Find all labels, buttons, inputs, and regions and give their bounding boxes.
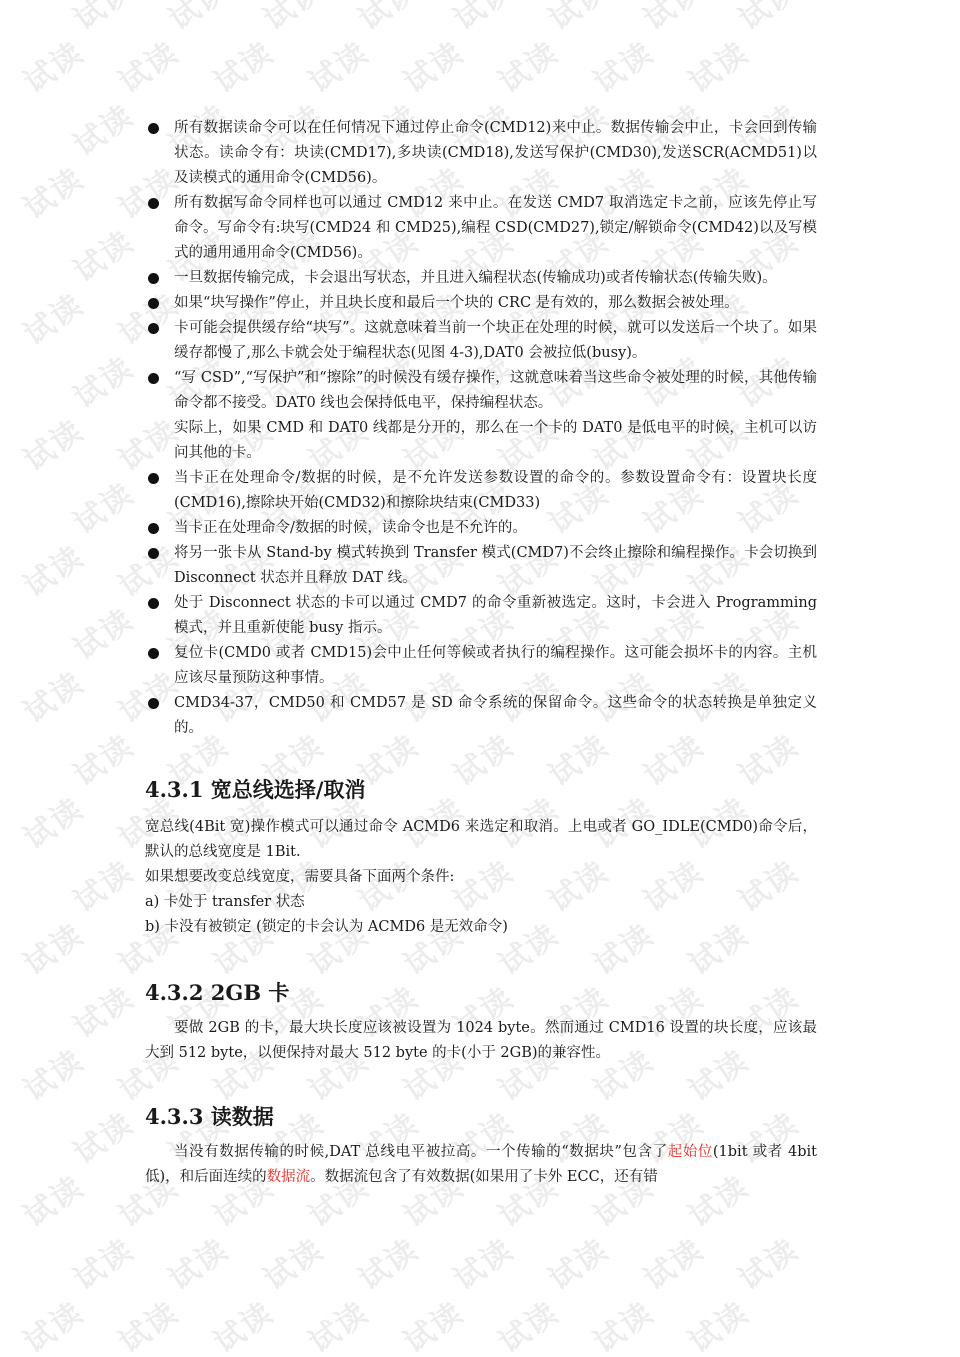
watermark-text: 试读 — [253, 1226, 331, 1299]
bullet-icon — [148, 698, 159, 709]
watermark-text: 试读 — [13, 407, 91, 480]
highlight-data-stream: 数据流 — [267, 1169, 311, 1185]
watermark-text: 试读 — [13, 911, 91, 984]
condition-a: a) 卡处于 transfer 状态 — [145, 890, 817, 915]
watermark-text: 试读 — [63, 92, 141, 165]
list-item: 一旦数据传输完成，卡会退出写状态，并且进入编程状态(传输成功)或者传输状态(传输… — [145, 266, 817, 291]
watermark-text: 试读 — [728, 0, 806, 38]
paragraph: 如果想要改变总线宽度，需要具备下面两个条件: — [145, 865, 817, 890]
bullet-icon — [148, 548, 159, 559]
list-item-text: 当卡正在处理命令/数据的时候，是不允许发送参数设置的命令的。参数设置命令有：设置… — [174, 470, 817, 511]
watermark-text: 试读 — [63, 596, 141, 669]
watermark-text: 试读 — [633, 0, 711, 38]
watermark-text: 试读 — [538, 1226, 616, 1299]
watermark-text: 试读 — [13, 785, 91, 858]
bullet-icon — [148, 323, 159, 334]
watermark-text: 试读 — [298, 1289, 376, 1357]
watermark-text: 试读 — [158, 0, 236, 38]
paragraph: 宽总线(4Bit 宽)操作模式可以通过命令 ACMD6 来选定和取消。上电或者 … — [145, 815, 817, 865]
section-heading-4-3-3: 4.3.3 读数据 — [145, 1102, 817, 1132]
watermark-text: 试读 — [443, 0, 521, 38]
bullet-icon — [148, 598, 159, 609]
watermark-text: 试读 — [63, 1226, 141, 1299]
watermark-text: 试读 — [63, 722, 141, 795]
section-heading-4-3-1: 4.3.1 宽总线选择/取消 — [145, 775, 817, 805]
watermark-text: 试读 — [63, 344, 141, 417]
bullet-icon — [148, 648, 159, 659]
watermark-text: 试读 — [108, 1289, 186, 1357]
list-item: CMD34-37，CMD50 和 CMD57 是 SD 命令系统的保留命令。这些… — [145, 691, 817, 741]
watermark-text: 试读 — [108, 29, 186, 102]
list-item: 所有数据读命令可以在任何情况下通过停止命令(CMD12)来中止。数据传输会中止，… — [145, 116, 817, 191]
list-item-text: 所有数据读命令可以在任何情况下通过停止命令(CMD12)来中止。数据传输会中止，… — [174, 120, 817, 186]
watermark-text: 试读 — [538, 0, 616, 38]
watermark-text: 试读 — [583, 29, 661, 102]
watermark-text: 试读 — [488, 29, 566, 102]
watermark-text: 试读 — [63, 848, 141, 921]
list-item-text: 当卡正在处理命令/数据的时候，读命令也是不允许的。 — [174, 520, 527, 536]
list-item: 如果“块写操作”停止，并且块长度和最后一个块的 CRC 是有效的，那么数据会被处… — [145, 291, 817, 316]
watermark-text: 试读 — [393, 29, 471, 102]
list-item-text: 一旦数据传输完成，卡会退出写状态，并且进入编程状态(传输成功)或者传输状态(传输… — [174, 270, 777, 286]
list-item-text: 卡可能会提供缓存给“块写”。这就意味着当前一个块正在处理的时候，就可以发送后一个… — [174, 320, 817, 361]
watermark-text: 试读 — [488, 1289, 566, 1357]
paragraph: 要做 2GB 的卡，最大块长度应该被设置为 1024 byte。然而通过 CMD… — [145, 1016, 817, 1066]
paragraph: 当没有数据传输的时候,DAT 总线电平被拉高。一个传输的“数据块”包含了起始位(… — [145, 1140, 817, 1190]
watermark-text: 试读 — [158, 1226, 236, 1299]
list-item: 复位卡(CMD0 或者 CMD15)会中止任何等候或者执行的编程操作。这可能会损… — [145, 641, 817, 691]
watermark-text: 试读 — [203, 1289, 281, 1357]
highlight-start-bit: 起始位 — [668, 1144, 713, 1160]
list-item: 处于 Disconnect 状态的卡可以通过 CMD7 的命令重新被选定。这时，… — [145, 591, 817, 641]
bullet-icon — [148, 198, 159, 209]
list-item-text: 复位卡(CMD0 或者 CMD15)会中止任何等候或者执行的编程操作。这可能会损… — [174, 645, 817, 686]
watermark-text: 试读 — [583, 1289, 661, 1357]
watermark-text: 试读 — [13, 29, 91, 102]
watermark-text: 试读 — [13, 659, 91, 732]
list-item-text: 处于 Disconnect 状态的卡可以通过 CMD7 的命令重新被选定。这时，… — [174, 595, 817, 636]
watermark-text: 试读 — [253, 0, 331, 38]
watermark-text: 试读 — [348, 0, 426, 38]
list-item: 当卡正在处理命令/数据的时候，是不允许发送参数设置的命令的。参数设置命令有：设置… — [145, 466, 817, 516]
bullet-icon — [148, 123, 159, 134]
watermark-text: 试读 — [63, 218, 141, 291]
bullet-icon — [148, 473, 159, 484]
document-page: 所有数据读命令可以在任何情况下通过停止命令(CMD12)来中止。数据传输会中止，… — [145, 116, 817, 1190]
watermark-text: 试读 — [348, 1226, 426, 1299]
watermark-text: 试读 — [728, 1226, 806, 1299]
bullet-icon — [148, 298, 159, 309]
watermark-text: 试读 — [203, 29, 281, 102]
watermark-text: 试读 — [13, 155, 91, 228]
list-item: 当卡正在处理命令/数据的时候，读命令也是不允许的。 — [145, 516, 817, 541]
watermark-text: 试读 — [443, 1226, 521, 1299]
bullet-icon — [148, 373, 159, 384]
list-item-text: 所有数据写命令同样也可以通过 CMD12 来中止。在发送 CMD7 取消选定卡之… — [174, 195, 817, 261]
section-heading-4-3-2: 4.3.2 2GB 卡 — [145, 978, 817, 1008]
watermark-text: 试读 — [678, 1289, 756, 1357]
bullet-list: 所有数据读命令可以在任何情况下通过停止命令(CMD12)来中止。数据传输会中止，… — [145, 116, 817, 416]
watermark-text: 试读 — [633, 1226, 711, 1299]
list-item-text: CMD34-37，CMD50 和 CMD57 是 SD 命令系统的保留命令。这些… — [174, 695, 817, 736]
watermark-text: 试读 — [298, 29, 376, 102]
watermark-text: 试读 — [63, 974, 141, 1047]
list-item: 将另一张卡从 Stand-by 模式转换到 Transfer 模式(CMD7)不… — [145, 541, 817, 591]
watermark-text: 试读 — [678, 29, 756, 102]
list-item-text: 如果“块写操作”停止，并且块长度和最后一个块的 CRC 是有效的，那么数据会被处… — [174, 295, 739, 311]
list-item: 卡可能会提供缓存给“块写”。这就意味着当前一个块正在处理的时候，就可以发送后一个… — [145, 316, 817, 366]
list-item-text: 将另一张卡从 Stand-by 模式转换到 Transfer 模式(CMD7)不… — [174, 545, 817, 586]
watermark-text: 试读 — [13, 1289, 91, 1357]
watermark-text: 试读 — [393, 1289, 471, 1357]
condition-b: b) 卡没有被锁定 (锁定的卡会认为 ACMD6 是无效命令) — [145, 915, 817, 940]
watermark-text: 试读 — [13, 1037, 91, 1110]
list-item: 所有数据写命令同样也可以通过 CMD12 来中止。在发送 CMD7 取消选定卡之… — [145, 191, 817, 266]
bullet-icon — [148, 523, 159, 534]
watermark-text: 试读 — [63, 0, 141, 38]
watermark-text: 试读 — [13, 533, 91, 606]
list-item: “写 CSD”,“写保护”和“擦除”的时候没有缓存操作，这就意味着当这些命令被处… — [145, 366, 817, 416]
text-span: 当没有数据传输的时候,DAT 总线电平被拉高。一个传输的“数据块”包含了 — [174, 1144, 668, 1160]
list-item-text: “写 CSD”,“写保护”和“擦除”的时候没有缓存操作，这就意味着当这些命令被处… — [174, 370, 817, 411]
bullet-icon — [148, 273, 159, 284]
watermark-text: 试读 — [13, 1163, 91, 1236]
note-paragraph: 实际上，如果 CMD 和 DAT0 线都是分开的，那么在一个卡的 DAT0 是低… — [145, 416, 817, 466]
watermark-text: 试读 — [13, 281, 91, 354]
text-span: 。数据流包含了有效数据(如果用了卡外 ECC，还有错 — [310, 1169, 658, 1185]
watermark-text: 试读 — [63, 470, 141, 543]
bullet-list-continued: 当卡正在处理命令/数据的时候，是不允许发送参数设置的命令的。参数设置命令有：设置… — [145, 466, 817, 741]
watermark-text: 试读 — [63, 1100, 141, 1173]
